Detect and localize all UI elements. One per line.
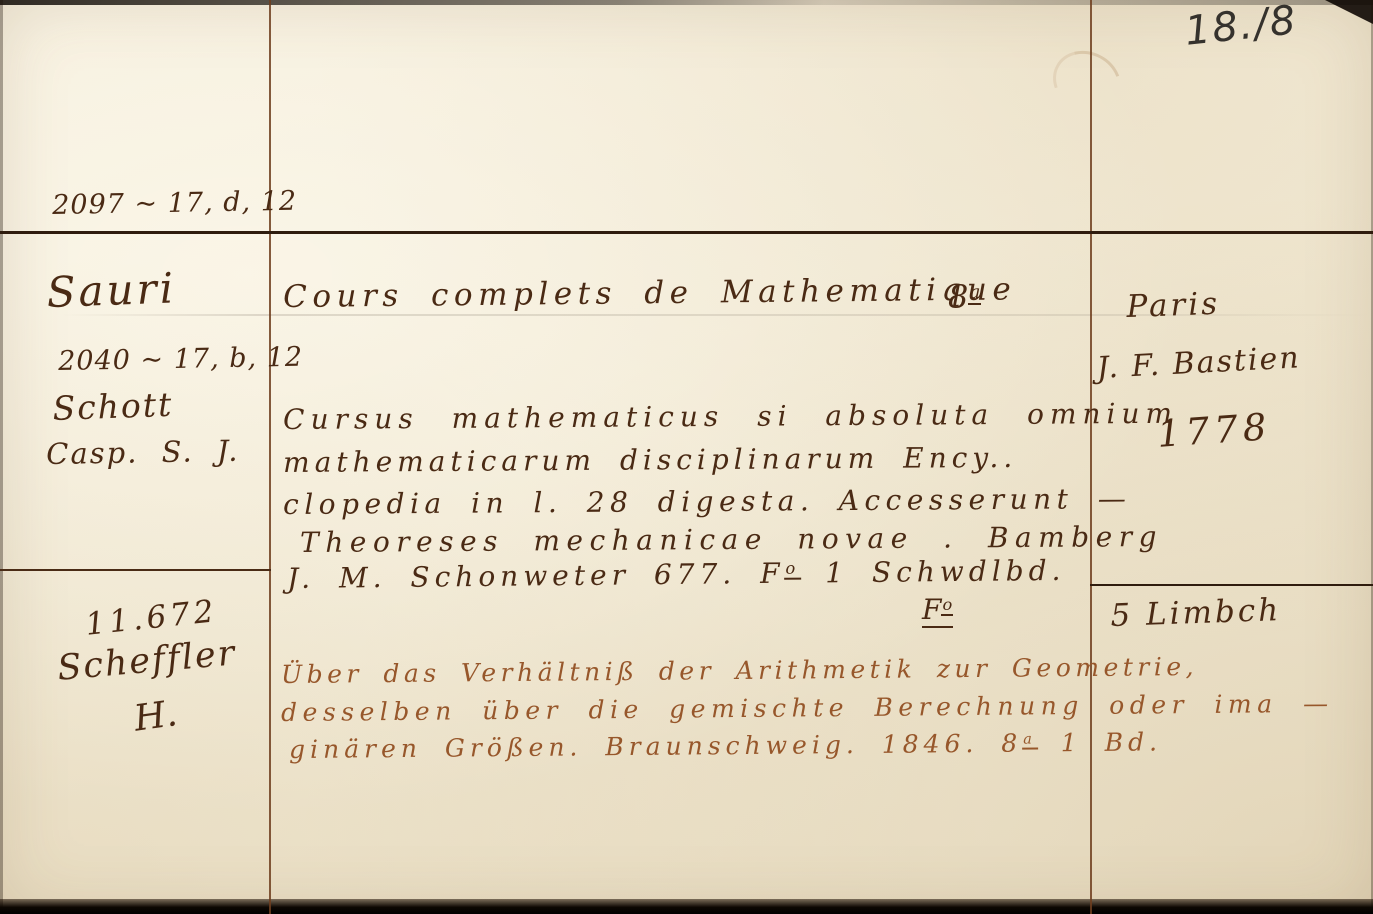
sauri-format: 8a xyxy=(948,281,981,313)
schott-format-mark: Fo xyxy=(922,596,953,628)
scheffler-author: Scheffler xyxy=(56,636,238,687)
scheffler-index-number: 11.672 xyxy=(84,596,219,641)
schott-title-line-2: mathematicarum disciplinarum Ency.. xyxy=(283,444,1017,477)
sauri-format-sup: a xyxy=(968,282,981,305)
schott-format-mark-base: F xyxy=(922,593,941,626)
sauri-index-number: 2097 ~ 17, d, 12 xyxy=(52,188,297,219)
scheffler-title-line-3: ginären Größen. Braunschweig. 1846. 8a 1… xyxy=(289,729,1162,762)
schott-title-line-1: Cursus mathematicus si absoluta omnium xyxy=(283,400,1178,434)
sauri-place: Paris xyxy=(1126,289,1221,323)
schott-imprint-prefix: J. M. Schonweter 677. F xyxy=(287,557,785,595)
schott-imprint-line: J. M. Schonweter 677. Fo 1 Schwdlbd. xyxy=(287,557,1066,593)
schott-author: Schott xyxy=(52,388,174,425)
sauri-publisher: J. F. Bastien xyxy=(1096,343,1301,384)
pencil-folio-note: 18./8 xyxy=(1183,0,1299,52)
schott-index-number: 2040 ~ 17, b, 12 xyxy=(58,344,303,375)
schott-format-mark-sup: o xyxy=(941,595,953,616)
sauri-format-base: 8 xyxy=(948,278,968,316)
scheffler-title-line-1: Über das Verhältniß der Arithmetik zur G… xyxy=(281,654,1198,687)
rule-right-divider xyxy=(1090,584,1373,586)
schott-imprint-suffix: 1 Schwdlbd. xyxy=(801,554,1065,590)
sauri-title: Cours complets de Mathematique xyxy=(283,274,1016,313)
schott-title-line-3: clopedia in l. 28 digesta. Accesserunt — xyxy=(283,485,1131,519)
scheffler-shelf-note: 5 Limbch xyxy=(1110,595,1282,632)
schott-author-detail: Casp. S. J. xyxy=(46,437,240,469)
left-edge-shadow xyxy=(0,0,3,914)
scheffler-title-line-2: desselben über die gemischte Berechnung … xyxy=(281,691,1334,725)
scheffler-author-detail: H. xyxy=(132,696,179,738)
stain-mark xyxy=(1042,39,1132,125)
corner-shadow xyxy=(1325,0,1373,24)
top-edge-shadow xyxy=(0,0,1373,5)
rule-vertical-right xyxy=(1090,0,1092,914)
scheffler-title-line-3-suffix: 1 Bd. xyxy=(1038,727,1162,757)
bottom-edge-shadow xyxy=(0,899,1373,914)
scheffler-title-line-3-sup: a xyxy=(1022,731,1038,749)
schott-imprint-sup: o xyxy=(784,559,801,580)
catalog-card: 18./8 2097 ~ 17, d, 12 Sauri Cours compl… xyxy=(0,0,1373,914)
rule-left-divider xyxy=(0,569,271,571)
sauri-author: Sauri xyxy=(46,267,177,313)
rule-vertical-left xyxy=(269,0,271,914)
schott-title-line-4: Theoreses mechanicae novae . Bamberg xyxy=(300,523,1163,557)
rule-top-horizontal xyxy=(0,231,1373,234)
scheffler-title-line-3-prefix: ginären Größen. Braunschweig. 1846. 8 xyxy=(289,729,1022,764)
